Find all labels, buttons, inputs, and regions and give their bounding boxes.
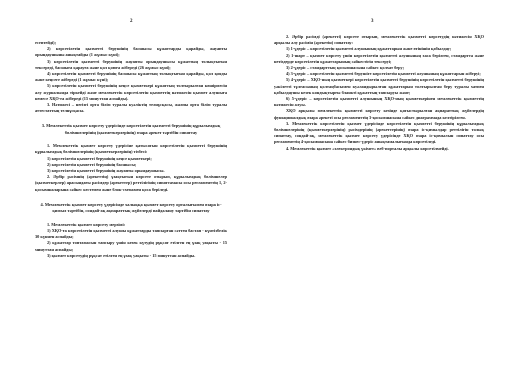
paragraph: 2) құжаттар топтамасын тапсыру үшін кезе… [35,240,227,252]
paragraph: 1) ХҚО-ға көрсетілетін қызметті алушы құ… [35,228,227,240]
paragraph: 3. Нәтижесі – негізгі орта білім туралы … [35,102,227,114]
page-number: 3 [371,19,374,24]
document-page-left: 2 есептейді);2) көрсетілетін қызметті бе… [0,0,260,369]
paragraph: 3) қызмет көрсетудің рұқсат етілген ең ұ… [35,253,227,259]
page-body: 2. Әрбір рәсімді (әрекетті) көрсете отыр… [274,34,484,152]
paragraph: 3. Мемлекеттік көрсетілетін қызмет үдері… [274,121,484,146]
paragraph: 4) көрсетілетін қызметті берушінің басшы… [35,71,227,83]
paragraph: 4. Мемлекеттік қызмет «электрондық үкіме… [274,146,484,152]
paragraph: 1. Мемлекеттік қызмет көрсету үдерісіне … [35,143,227,155]
paragraph: ХҚО арқылы мемлекеттік қызметті көрсету … [274,108,484,120]
page-number: 2 [130,19,133,24]
paragraph: 6) 5-үдеріс – көрсетілетін қызметті алуш… [274,96,484,108]
section-heading: 3. Мемлекеттік қызмет көрсету үдерісінде… [39,123,223,136]
section-heading: 4. Мемлекеттік қызмет көрсету үдерісінде… [39,202,223,215]
paragraph: 2. Әрбір рәсімнің (әрекеттің) ұзақтығын … [35,174,227,193]
document-page-right: 3 2. Әрбір рәсімді (әрекетті) көрсете от… [260,0,520,369]
paragraph: 3) көрсетілетін қызметті берушінің жауап… [35,59,227,71]
paragraph: 2) көрсетілетін қызметті берушінің басшы… [35,46,227,58]
paragraph: 5) 4-үдеріс – ХҚО-ның қызметкері көрсеті… [274,77,484,96]
paragraph: 2) 1-шарт – қызмет көрсету үшін көрсетіл… [274,53,484,65]
paragraph: 5) көрсетілетін қызметті берушінің кеңсе… [35,83,227,102]
page-body: есептейді);2) көрсетілетін қызметті беру… [35,40,227,259]
paragraph: 2. Әрбір рәсімді (әрекетті) көрсете отыр… [274,34,484,46]
